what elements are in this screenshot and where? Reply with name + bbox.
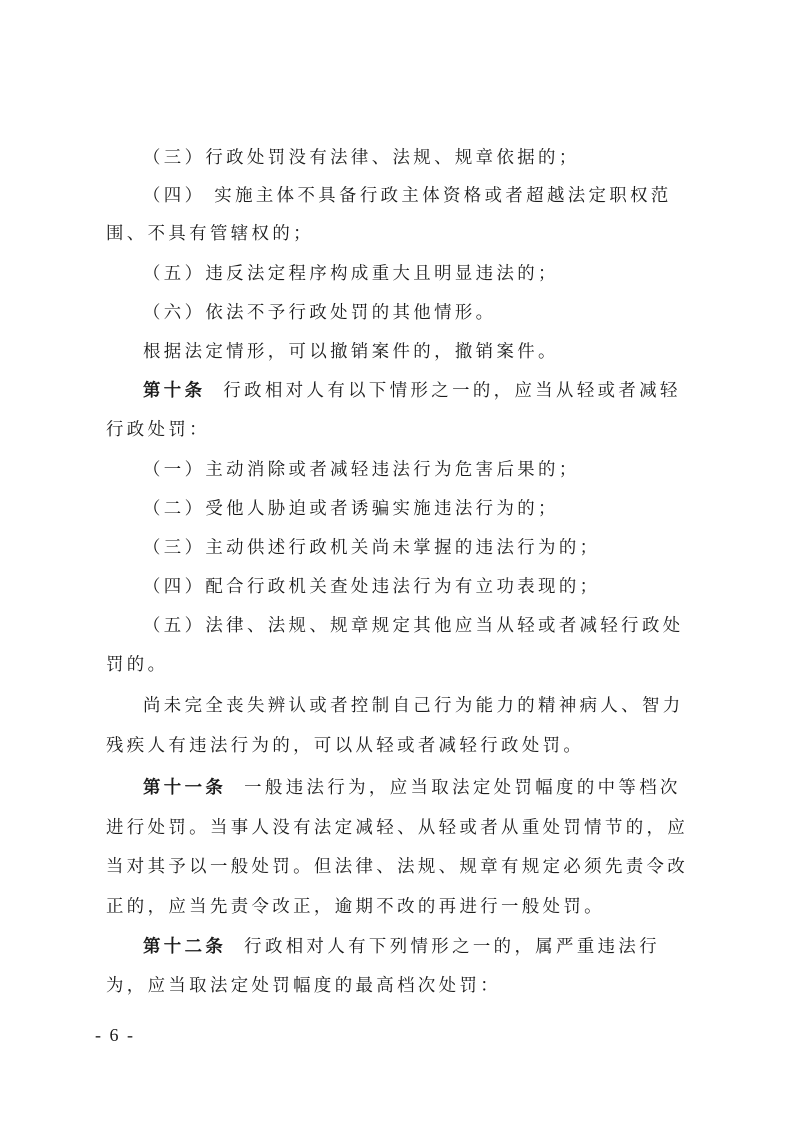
line-text: 行政处罚： [106, 420, 210, 440]
text-line: （五）违反法定程序构成重大且明显违法的； [143, 259, 721, 289]
text-line: 根据法定情形，可以撤销案件的，撤销案件。 [143, 337, 721, 367]
text-line: （一）主动消除或者减轻违法行为危害后果的； [143, 455, 721, 485]
line-text: 当对其予以一般处罚。但法律、法规、规章有规定必须先责令改 [106, 857, 688, 877]
text-line: （二）受他人胁迫或者诱骗实施违法行为的； [143, 494, 721, 524]
line-text: 正的，应当先责令改正，逾期不改的再进行一般处罚。 [106, 897, 605, 917]
line-text: 进行处罚。当事人没有法定减轻、从轻或者从重处罚情节的，应 [106, 818, 688, 838]
text-line: 残疾人有违法行为的，可以从轻或者减轻行政处罚。 [106, 731, 684, 761]
line-text: （一）主动消除或者减轻违法行为危害后果的； [143, 460, 580, 480]
line-text: （四） 实施主体不具备行政主体资格或者超越法定职权范 [143, 186, 672, 206]
text-line: （三）行政处罚没有法律、法规、规章依据的； [143, 143, 721, 173]
text-line: 尚未完全丧失辨认或者控制自己行为能力的精神病人、智力 [143, 691, 721, 721]
text-line: 行政处罚： [106, 415, 684, 445]
line-text: （三）行政处罚没有法律、法规、规章依据的； [143, 148, 580, 168]
text-line: （四）配合行政机关查处违法行为有立功表现的； [143, 572, 721, 602]
page-number: - 6 - [95, 1020, 135, 1050]
text-line: 围、不具有管辖权的； [106, 219, 684, 249]
article-heading-line: 第十一条一般违法行为，应当取法定处罚幅度的中等档次 [143, 773, 721, 803]
line-text: （四）配合行政机关查处违法行为有立功表现的； [143, 577, 600, 597]
line-text: （三）主动供述行政机关尚未掌握的违法行为的； [143, 538, 600, 558]
line-text: 残疾人有违法行为的，可以从轻或者减轻行政处罚。 [106, 736, 584, 756]
text-line: 进行处罚。当事人没有法定减轻、从轻或者从重处罚情节的，应 [106, 813, 684, 843]
line-text: （二）受他人胁迫或者诱骗实施违法行为的； [143, 499, 559, 519]
line-text: 行政相对人有以下情形之一的，应当从轻或者减轻 [223, 381, 680, 401]
article-number: 第十二条 [143, 937, 226, 957]
line-text: 围、不具有管辖权的； [106, 224, 314, 244]
text-line: （六）依法不予行政处罚的其他情形。 [143, 298, 721, 328]
line-text: 行政相对人有下列情形之一的，属严重违法行 [244, 937, 660, 957]
article-heading-line: 第十二条行政相对人有下列情形之一的，属严重违法行 [143, 932, 721, 962]
text-line: （四） 实施主体不具备行政主体资格或者超越法定职权范 [143, 181, 721, 211]
line-text: 根据法定情形，可以撤销案件的，撤销案件。 [143, 342, 559, 362]
line-text: 一般违法行为，应当取法定处罚幅度的中等档次 [244, 778, 681, 798]
text-line: （五）法律、法规、规章规定其他应当从轻或者减轻行政处 [143, 611, 721, 641]
line-text: 为，应当取法定处罚幅度的最高档次处罚： [106, 976, 501, 996]
line-text: （六）依法不予行政处罚的其他情形。 [143, 303, 496, 323]
text-line: （三）主动供述行政机关尚未掌握的违法行为的； [143, 533, 721, 563]
line-text: （五）违反法定程序构成重大且明显违法的； [143, 264, 559, 284]
article-number: 第十一条 [143, 778, 226, 798]
article-heading-line: 第十条行政相对人有以下情形之一的，应当从轻或者减轻 [143, 376, 721, 406]
line-text: 罚的。 [106, 655, 168, 675]
document-page: （三）行政处罚没有法律、法规、规章依据的；（四） 实施主体不具备行政主体资格或者… [0, 0, 793, 1122]
line-text: 尚未完全丧失辨认或者控制自己行为能力的精神病人、智力 [143, 696, 684, 716]
text-line: 当对其予以一般处罚。但法律、法规、规章有规定必须先责令改 [106, 852, 684, 882]
text-line: 正的，应当先责令改正，逾期不改的再进行一般处罚。 [106, 892, 684, 922]
article-number: 第十条 [143, 381, 205, 401]
line-text: （五）法律、法规、规章规定其他应当从轻或者减轻行政处 [143, 616, 684, 636]
text-line: 为，应当取法定处罚幅度的最高档次处罚： [106, 971, 684, 1001]
text-line: 罚的。 [106, 650, 684, 680]
